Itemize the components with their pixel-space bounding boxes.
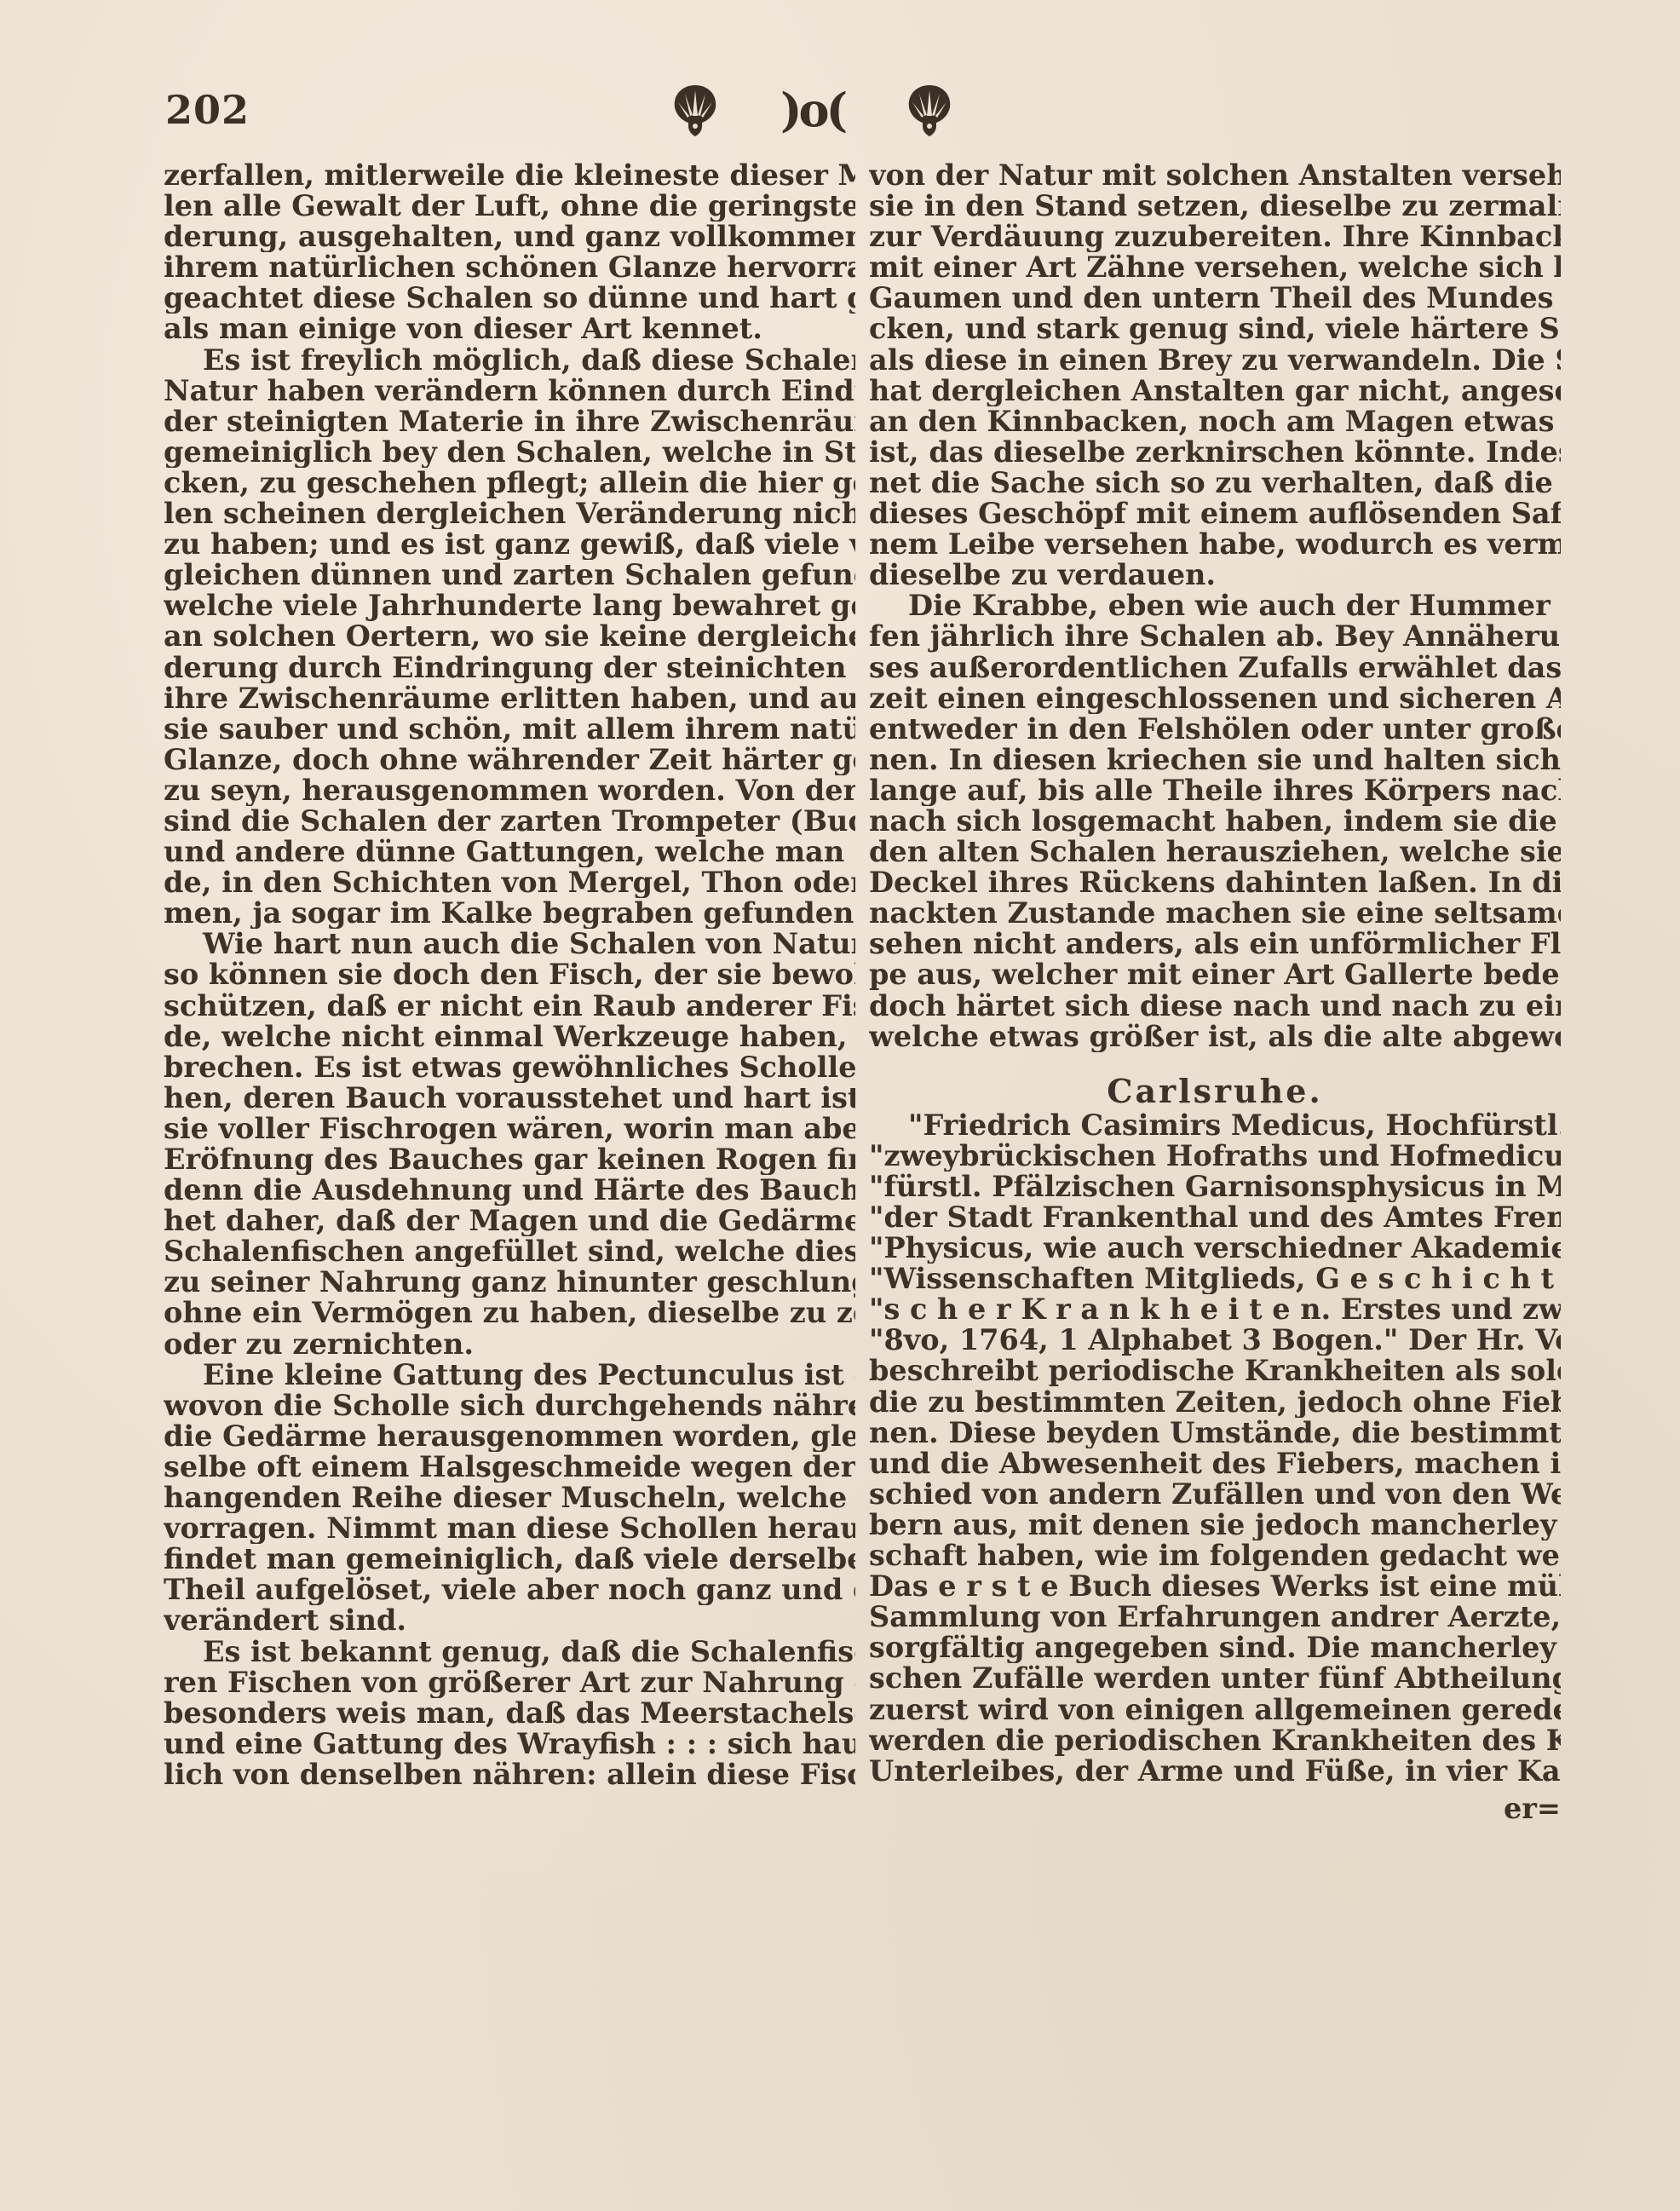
header-ornament: )o( [670, 82, 955, 138]
text-line: zuerst wird von einigen allgemeinen gere… [869, 1695, 1561, 1725]
text-line: hangenden Reihe dieser Muscheln, welche … [164, 1483, 855, 1513]
text-line: men, ja sogar im Kalke begraben gefunden… [164, 898, 855, 929]
text-line: sie sauber und schön, mit allem ihrem na… [164, 714, 855, 745]
text-line: nen. Diese beyden Umstände, die bestimmt… [869, 1418, 1561, 1448]
paragraph: von der Natur mit solchen Anstalten vers… [869, 160, 1561, 590]
paragraph: Es ist bekannt genug, daß die Schalenfis… [164, 1637, 855, 1790]
text-line: nackten Zustande machen sie eine seltsam… [869, 898, 1561, 929]
text-line: "der Stadt Frankenthal und des Amtes Fre… [869, 1202, 1561, 1233]
text-line: ihre Zwischenräume erlitten haben, und a… [164, 683, 855, 714]
text-line: nen. In diesen kriechen sie und halten s… [869, 745, 1561, 775]
text-line: "8vo, 1764, 1 Alphabet 3 Bogen." Der Hr.… [869, 1325, 1561, 1356]
text-line: die zu bestimmten Zeiten, jedoch ohne Fi… [869, 1387, 1561, 1418]
text-line: und eine Gattung des Wrayfish : : : sich… [164, 1729, 855, 1759]
text-line: Deckel ihres Rückens dahinten laßen. In … [869, 867, 1561, 898]
text-line: verändert sind. [164, 1605, 855, 1636]
text-line: Wie hart nun auch die Schalen von Natur … [164, 929, 855, 959]
scanned-page: 202 )o( [0, 0, 1680, 2211]
text-line: als man einige von dieser Art kennet. [164, 314, 855, 344]
text-line: zeit einen eingeschlossenen und sicheren… [869, 683, 1561, 714]
text-line: geachtet diese Schalen so dünne und hart… [164, 283, 855, 314]
text-line: und die Abwesenheit des Fiebers, machen … [869, 1448, 1561, 1479]
text-line: wovon die Scholle sich durchgehends nähr… [164, 1391, 855, 1421]
text-line: welche etwas größer ist, als die alte ab… [869, 1022, 1561, 1052]
text-line: het daher, daß der Magen und die Gedärme… [164, 1206, 855, 1236]
text-line: Sammlung von Erfahrungen andrer Aerzte, … [869, 1602, 1561, 1632]
text-line: den alten Schalen herausziehen, welche s… [869, 837, 1561, 867]
text-line: zu haben; und es ist ganz gewiß, daß vie… [164, 529, 855, 560]
text-line: so können sie doch den Fisch, der sie be… [164, 959, 855, 990]
text-line: derung, ausgehalten, und ganz vollkommen… [164, 222, 855, 252]
text-line: lange auf, bis alle Theile ihres Körpers… [869, 775, 1561, 806]
text-line: net die Sache sich so zu verhalten, daß … [869, 468, 1561, 498]
paragraph: zerfallen, mitlerweile die kleineste die… [164, 160, 855, 345]
section-title: Carlsruhe. [869, 1074, 1561, 1108]
scallop-shell-ornament-left-icon [670, 82, 721, 138]
text-line: beschreibt periodische Krankheiten als s… [869, 1356, 1561, 1386]
text-line: zu seiner Nahrung ganz hinunter geschlun… [164, 1267, 855, 1298]
text-line: mit einer Art Zähne versehen, welche sic… [869, 252, 1561, 283]
text-line: schaft haben, wie im folgenden gedacht w… [869, 1540, 1561, 1571]
text-line: Gaumen und den untern Theil des Mundes e… [869, 283, 1561, 314]
text-line: ren Fischen von größerer Art zur Nahrung… [164, 1667, 855, 1698]
text-line: an solchen Oertern, wo sie keine derglei… [164, 621, 855, 652]
text-line: sie voller Fischrogen wären, worin man a… [164, 1114, 855, 1144]
text-line: de, welche nicht einmal Werkzeuge haben,… [164, 1022, 855, 1052]
text-line: Es ist bekannt genug, daß die Schalenfis… [164, 1637, 855, 1667]
text-line: werden die periodischen Krankheiten des … [869, 1725, 1561, 1756]
text-line: "Physicus, wie auch verschiedner Akademi… [869, 1233, 1561, 1264]
text-line: de, in den Schichten von Mergel, Thon od… [164, 867, 855, 898]
text-line: pe aus, welcher mit einer Art Gallerte b… [869, 959, 1561, 990]
paragraph: "Friedrich Casimirs Medicus, Hochfürstl.… [869, 1110, 1561, 1787]
left-column: zerfallen, mitlerweile die kleineste die… [164, 160, 855, 1790]
text-line: len alle Gewalt der Luft, ohne die gerin… [164, 191, 855, 222]
text-line: besonders weis man, daß das Meerstachels… [164, 1698, 855, 1729]
text-line: Eine kleine Gattung des Pectunculus ist … [164, 1360, 855, 1391]
text-line: hen, deren Bauch vorausstehet und hart i… [164, 1083, 855, 1114]
text-line: als diese in einen Brey zu verwandeln. D… [869, 345, 1561, 376]
text-line: die Gedärme herausgenommen worden, gleic… [164, 1421, 855, 1452]
text-line: hat dergleichen Anstalten gar nicht, ang… [869, 376, 1561, 406]
text-line: Theil aufgelöset, viele aber noch ganz u… [164, 1575, 855, 1605]
text-line: und andere dünne Gattungen, welche man i… [164, 837, 855, 867]
text-line: "zweybrückischen Hofraths und Hofmedicus… [869, 1141, 1561, 1172]
text-line: gemeiniglich bey den Schalen, welche in … [164, 437, 855, 468]
text-line: ohne ein Vermögen zu haben, dieselbe zu … [164, 1298, 855, 1328]
text-line: oder zu zernichten. [164, 1329, 855, 1360]
text-line: Schalenfischen angefüllet sind, welche d… [164, 1236, 855, 1267]
text-line: an den Kinnbacken, noch am Magen etwas z… [869, 406, 1561, 437]
text-line: schen Zufälle werden unter fünf Abtheilu… [869, 1663, 1561, 1694]
paragraph: Die Krabbe, eben wie auch der Hummer 2c.… [869, 590, 1561, 1051]
text-line: cken, zu geschehen pflegt; allein die hi… [164, 468, 855, 498]
text-line: dieselbe zu verdauen. [869, 560, 1561, 590]
paragraph: Eine kleine Gattung des Pectunculus ist … [164, 1360, 855, 1637]
text-line: ihrem natürlichen schönen Glanze hervorr… [164, 252, 855, 283]
text-line: Die Krabbe, eben wie auch der Hummer 2c.… [869, 590, 1561, 621]
right-column: von der Natur mit solchen Anstalten vers… [869, 160, 1561, 1824]
text-line: Es ist freylich möglich, daß diese Schal… [164, 345, 855, 376]
text-line: selbe oft einem Halsgeschmeide wegen der… [164, 1452, 855, 1483]
page-number: 202 [165, 87, 250, 133]
text-line: "Friedrich Casimirs Medicus, Hochfürstl.… [869, 1110, 1561, 1141]
text-line: bern aus, mit denen sie jedoch mancherle… [869, 1510, 1561, 1540]
text-line: "fürstl. Pfälzischen Garnisonsphysicus i… [869, 1172, 1561, 1202]
text-line: der steinigten Materie in ihre Zwischenr… [164, 406, 855, 437]
paragraph: Wie hart nun auch die Schalen von Natur … [164, 929, 855, 1359]
text-line: Glanze, doch ohne währender Zeit härter … [164, 745, 855, 775]
text-line: Das e r s t e Buch dieses Werks ist eine… [869, 1571, 1561, 1602]
ornament-center: )o( [780, 82, 844, 138]
text-line: brechen. Es ist etwas gewöhnliches Schol… [164, 1052, 855, 1083]
text-line: Unterleibes, der Arme und Füße, in vier … [869, 1756, 1561, 1787]
text-line: ses außerordentlichen Zufalls erwählet d… [869, 653, 1561, 683]
text-line: "Wissenschaften Mitglieds, G e s c h i c… [869, 1264, 1561, 1294]
text-line: "s c h e r K r a n k h e i t e n. Erstes… [869, 1294, 1561, 1325]
text-line: sie in den Stand setzen, dieselbe zu zer… [869, 191, 1561, 222]
text-line: von der Natur mit solchen Anstalten vers… [869, 160, 1561, 191]
text-line: nem Leibe versehen habe, wodurch es verm… [869, 529, 1561, 560]
text-line: zerfallen, mitlerweile die kleineste die… [164, 160, 855, 191]
text-line: len scheinen dergleichen Veränderung nic… [164, 498, 855, 529]
text-line: schützen, daß er nicht ein Raub anderer … [164, 991, 855, 1022]
text-line: doch härtet sich diese nach und nach zu … [869, 991, 1561, 1022]
text-line: vorragen. Nimmt man diese Schollen herau… [164, 1513, 855, 1544]
text-line: gleichen dünnen und zarten Schalen gefun… [164, 560, 855, 590]
text-line: sorgfältig angegeben sind. Die mancherle… [869, 1632, 1561, 1663]
catchword: er= [869, 1794, 1561, 1824]
text-line: ist, das dieselbe zerknirschen könnte. I… [869, 437, 1561, 468]
text-line: findet man gemeiniglich, daß viele derse… [164, 1544, 855, 1575]
text-line: lich von denselben nähren: allein diese … [164, 1759, 855, 1790]
page-header: 202 )o( [162, 82, 1542, 150]
text-line: sehen nicht anders, als ein unförmlicher… [869, 929, 1561, 959]
text-line: welche viele Jahrhunderte lang bewahret … [164, 590, 855, 621]
text-line: sind die Schalen der zarten Trompeter (B… [164, 806, 855, 837]
text-line: derung durch Eindringung der steinichten… [164, 653, 855, 683]
text-line: zu seyn, herausgenommen worden. Von der … [164, 775, 855, 806]
text-line: nach sich losgemacht haben, indem sie di… [869, 806, 1561, 837]
text-line: entweder in den Felshölen oder unter gro… [869, 714, 1561, 745]
text-line: Eröfnung des Bauches gar keinen Rogen fi… [164, 1144, 855, 1175]
paragraph: Es ist freylich möglich, daß diese Schal… [164, 345, 855, 930]
text-line: Natur haben verändern können durch Eindr… [164, 376, 855, 406]
text-line: denn die Ausdehnung und Härte des Bauche… [164, 1175, 855, 1206]
text-line: fen jährlich ihre Schalen ab. Bey Annähe… [869, 621, 1561, 652]
text-line: schied von andern Zufällen und von den W… [869, 1479, 1561, 1510]
text-line: zur Verdäuung zuzubereiten. Ihre Kinnbac… [869, 222, 1561, 252]
scallop-shell-ornament-right-icon [904, 82, 955, 138]
text-line: cken, und stark genug sind, viele härter… [869, 314, 1561, 344]
text-line: dieses Geschöpf mit einem auflösenden Sa… [869, 498, 1561, 529]
